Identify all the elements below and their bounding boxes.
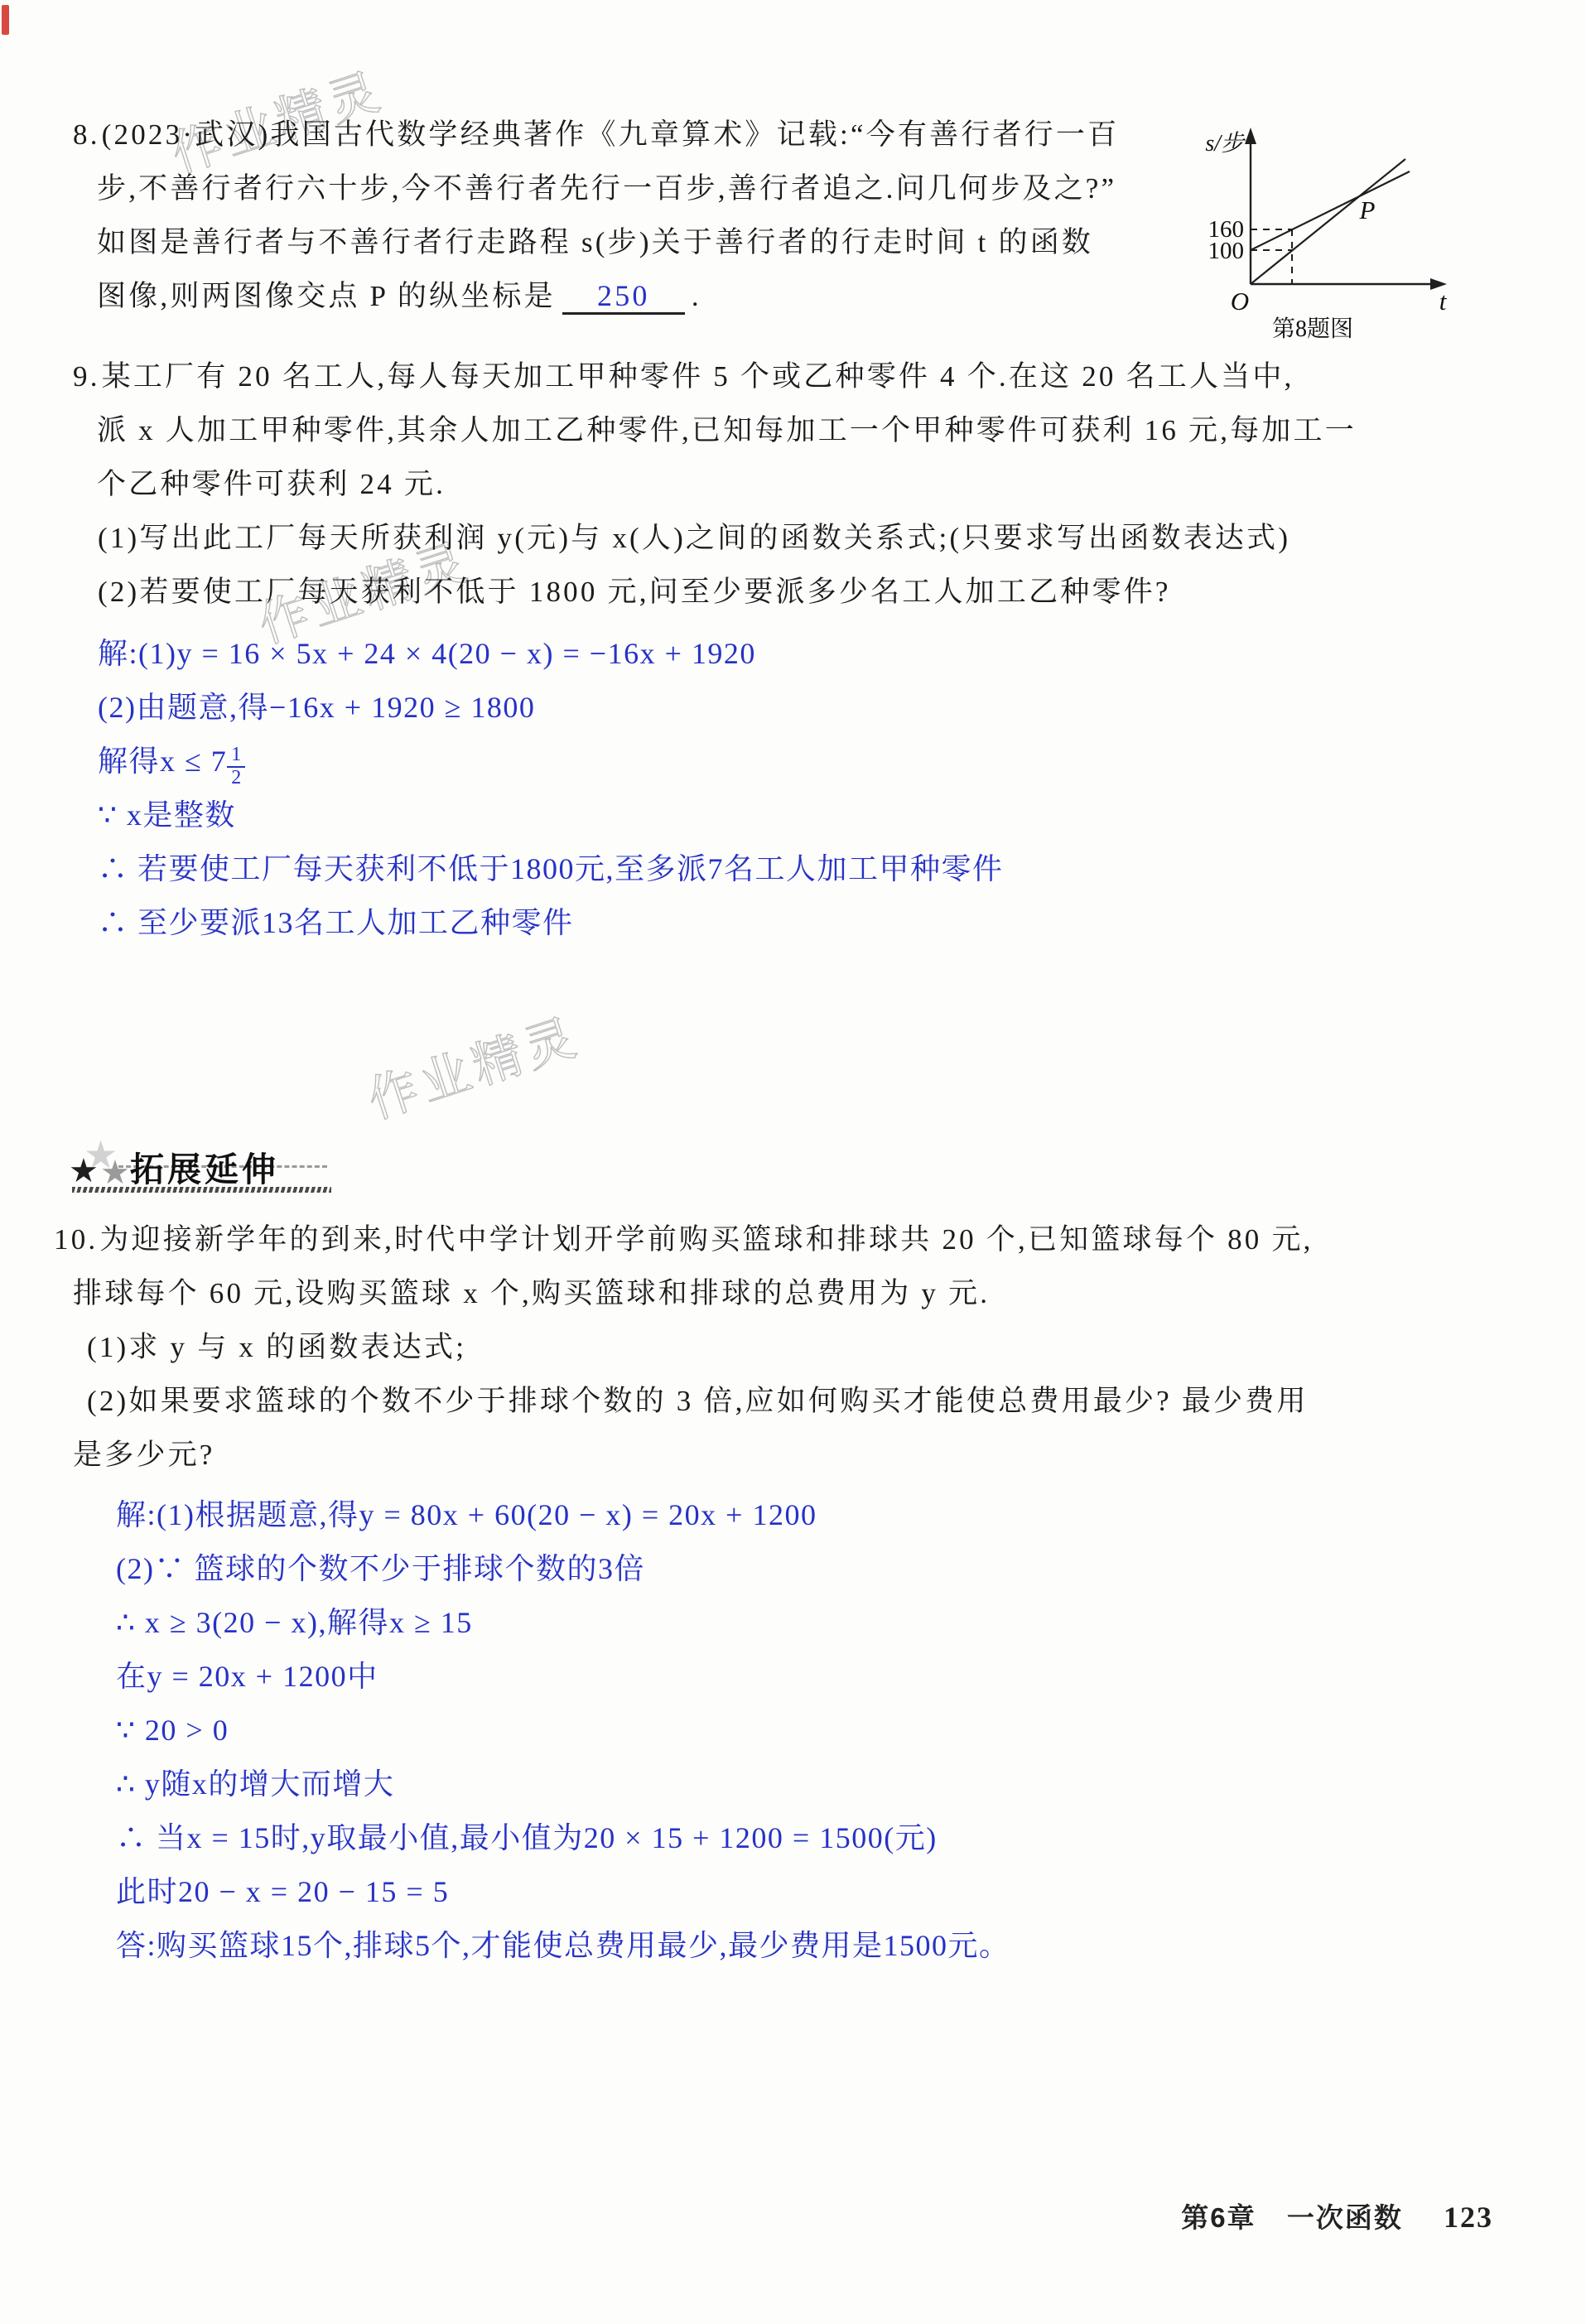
problem-10-solution: 解:(1)根据题意,得y = 80x + 60(20 − x) = 20x + … (116, 1488, 1010, 1973)
page-edge-mark (2, 5, 9, 35)
problem-8: 8.(2023·武汉)我国古代数学经典著作《九章算术》记载:“今有善行者行一百 … (73, 108, 1119, 323)
origin-label: O (1231, 287, 1249, 316)
graph-canvas: s/步 160 100 O t P 第8题图 (1147, 93, 1458, 350)
fraction-one-half: 12 (227, 745, 245, 789)
fraction-denominator: 2 (227, 768, 245, 789)
problem-10-question-2-cont: 是多少元? (54, 1428, 1314, 1482)
solution-10-answer: 答:购买篮球15个,排球5个,才能使总费用最少,最少费用是1500元。 (116, 1919, 1010, 1973)
problem-10: 10.为迎接新学年的到来,时代中学计划开学前购买篮球和排球共 20 个,已知篮球… (54, 1213, 1314, 1482)
problem-8-line-4: 图像,则两图像交点 P 的纵坐标是250. (73, 269, 1119, 323)
solution-10-step-4: 在y = 20x + 1200中 (116, 1650, 1010, 1704)
problem-8-text-4: 图像,则两图像交点 P 的纵坐标是 (97, 280, 556, 312)
workbook-page: 作业精灵 作业精灵 作业精灵 8.(2023·武汉)我国古代数学经典著作《九章算… (0, 0, 1586, 2324)
solution-9-step-2: (2)由题意,得−16x + 1920 ≥ 1800 (98, 681, 1004, 735)
solution-10-step-7: ∴ 当x = 15时,y取最小值,最小值为20 × 15 + 1200 = 15… (116, 1811, 1010, 1865)
fraction-numerator: 1 (227, 745, 245, 768)
problem-10-question-1: (1)求 y 与 x 的函数表达式; (54, 1320, 1314, 1374)
problem-9-question-1: (1)写出此工厂每天所获利润 y(元)与 x(人)之间的函数关系式;(只要求写出… (73, 511, 1357, 565)
x-axis-label: t (1439, 287, 1448, 316)
problem-9-number: 9. (73, 360, 100, 393)
problem-9: 9.某工厂有 20 名工人,每人每天加工甲种零件 5 个或乙种零件 4 个.在这… (73, 350, 1357, 619)
problem-10-line-1: 10.为迎接新学年的到来,时代中学计划开学前购买篮球和排球共 20 个,已知篮球… (54, 1213, 1314, 1266)
solution-10-step-6: ∴ y随x的增大而增大 (116, 1757, 1010, 1811)
extension-section-header: ★ ★ ★ 拓展延伸 (70, 1140, 700, 1202)
problem-8-line-2: 步,不善行者行六十步,今不善行者先行一百步,善行者追之.问几何步及之?” (73, 162, 1119, 215)
solution-9-step-4: ∵ x是整数 (98, 788, 1004, 842)
solution-9-step-3: 解得x ≤ 712 (98, 735, 1004, 788)
solution-10-step-2: (2)∵ 篮球的个数不少于排球个数的3倍 (116, 1542, 1010, 1596)
fast-walker-line (1251, 159, 1405, 284)
tick-100: 100 (1208, 238, 1245, 264)
problem-9-line-2: 派 x 人加工甲种零件,其余人加工乙种零件,已知每加工一个甲种零件可获利 16 … (73, 403, 1357, 457)
problem-8-line-3: 如图是善行者与不善行者行走路程 s(步)关于善行者的行走时间 t 的函数 (73, 215, 1119, 269)
page-footer: 第6章 一次函数 123 (1181, 2196, 1493, 2235)
answer-blank: 250 (562, 281, 685, 315)
graph-caption: 第8题图 (1272, 316, 1353, 342)
problem-9-question-2: (2)若要使工厂每天获利不低于 1800 元,问至少要派多少名工人加工乙种零件? (73, 565, 1357, 619)
solution-9-step-1: 解:(1)y = 16 × 5x + 24 × 4(20 − x) = −16x… (98, 627, 1004, 681)
function-graph: s/步 160 100 O t P 第8题图 (1147, 93, 1458, 350)
problem-8-period: . (692, 280, 701, 312)
problem-8-number: 8. (73, 118, 100, 151)
solution-10-step-8: 此时20 − x = 20 − 15 = 5 (116, 1865, 1010, 1919)
problem-9-line-1: 9.某工厂有 20 名工人,每人每天加工甲种零件 5 个或乙种零件 4 个.在这… (73, 350, 1357, 403)
solution-9-step-6: ∴ 至少要派13名工人加工乙种零件 (98, 896, 1004, 950)
watermark: 作业精灵 (358, 988, 634, 1145)
solution-9-step-5: ∴ 若要使工厂每天获利不低于1800元,至多派7名工人加工甲种零件 (98, 842, 1004, 896)
slow-walker-line (1251, 171, 1410, 250)
problem-8-text-1: (2023·武汉)我国古代数学经典著作《九章算术》记载:“今有善行者行一百 (102, 118, 1120, 151)
solution-10-step-1: 解:(1)根据题意,得y = 80x + 60(20 − x) = 20x + … (116, 1488, 1010, 1542)
footer-page-number: 123 (1444, 2201, 1493, 2234)
problem-10-number: 10. (54, 1223, 98, 1256)
header-hatched-rule (72, 1187, 331, 1193)
answer-value: 250 (597, 279, 650, 312)
solution-9-step-3-text: 解得x ≤ 7 (98, 745, 227, 778)
watermark-text: 作业精灵 (362, 1009, 586, 1128)
footer-chapter: 第6章 (1181, 2202, 1256, 2233)
y-axis-arrow-icon (1245, 128, 1256, 144)
problem-10-text-1: 为迎接新学年的到来,时代中学计划开学前购买篮球和排球共 20 个,已知篮球每个 … (99, 1223, 1313, 1256)
problem-9-solution: 解:(1)y = 16 × 5x + 24 × 4(20 − x) = −16x… (98, 627, 1004, 950)
star-icon: ★ (69, 1152, 99, 1190)
point-p-label: P (1359, 195, 1376, 224)
y-axis-label: s/步 (1205, 131, 1246, 157)
problem-10-question-2: (2)如果要求篮球的个数不少于排球个数的 3 倍,应如何购买才能使总费用最少? … (54, 1374, 1314, 1428)
footer-section: 一次函数 (1287, 2202, 1403, 2233)
solution-10-step-5: ∵ 20 > 0 (116, 1704, 1010, 1757)
problem-10-line-2: 排球每个 60 元,设购买篮球 x 个,购买篮球和排球的总费用为 y 元. (54, 1266, 1314, 1320)
problem-9-line-3: 个乙种零件可获利 24 元. (73, 457, 1357, 511)
extension-title: 拓展延伸 (130, 1142, 279, 1191)
problem-8-line-1: 8.(2023·武汉)我国古代数学经典著作《九章算术》记载:“今有善行者行一百 (73, 108, 1119, 162)
problem-9-text-1: 某工厂有 20 名工人,每人每天加工甲种零件 5 个或乙种零件 4 个.在这 2… (102, 360, 1294, 393)
solution-10-step-3: ∴ x ≥ 3(20 − x),解得x ≥ 15 (116, 1596, 1010, 1650)
